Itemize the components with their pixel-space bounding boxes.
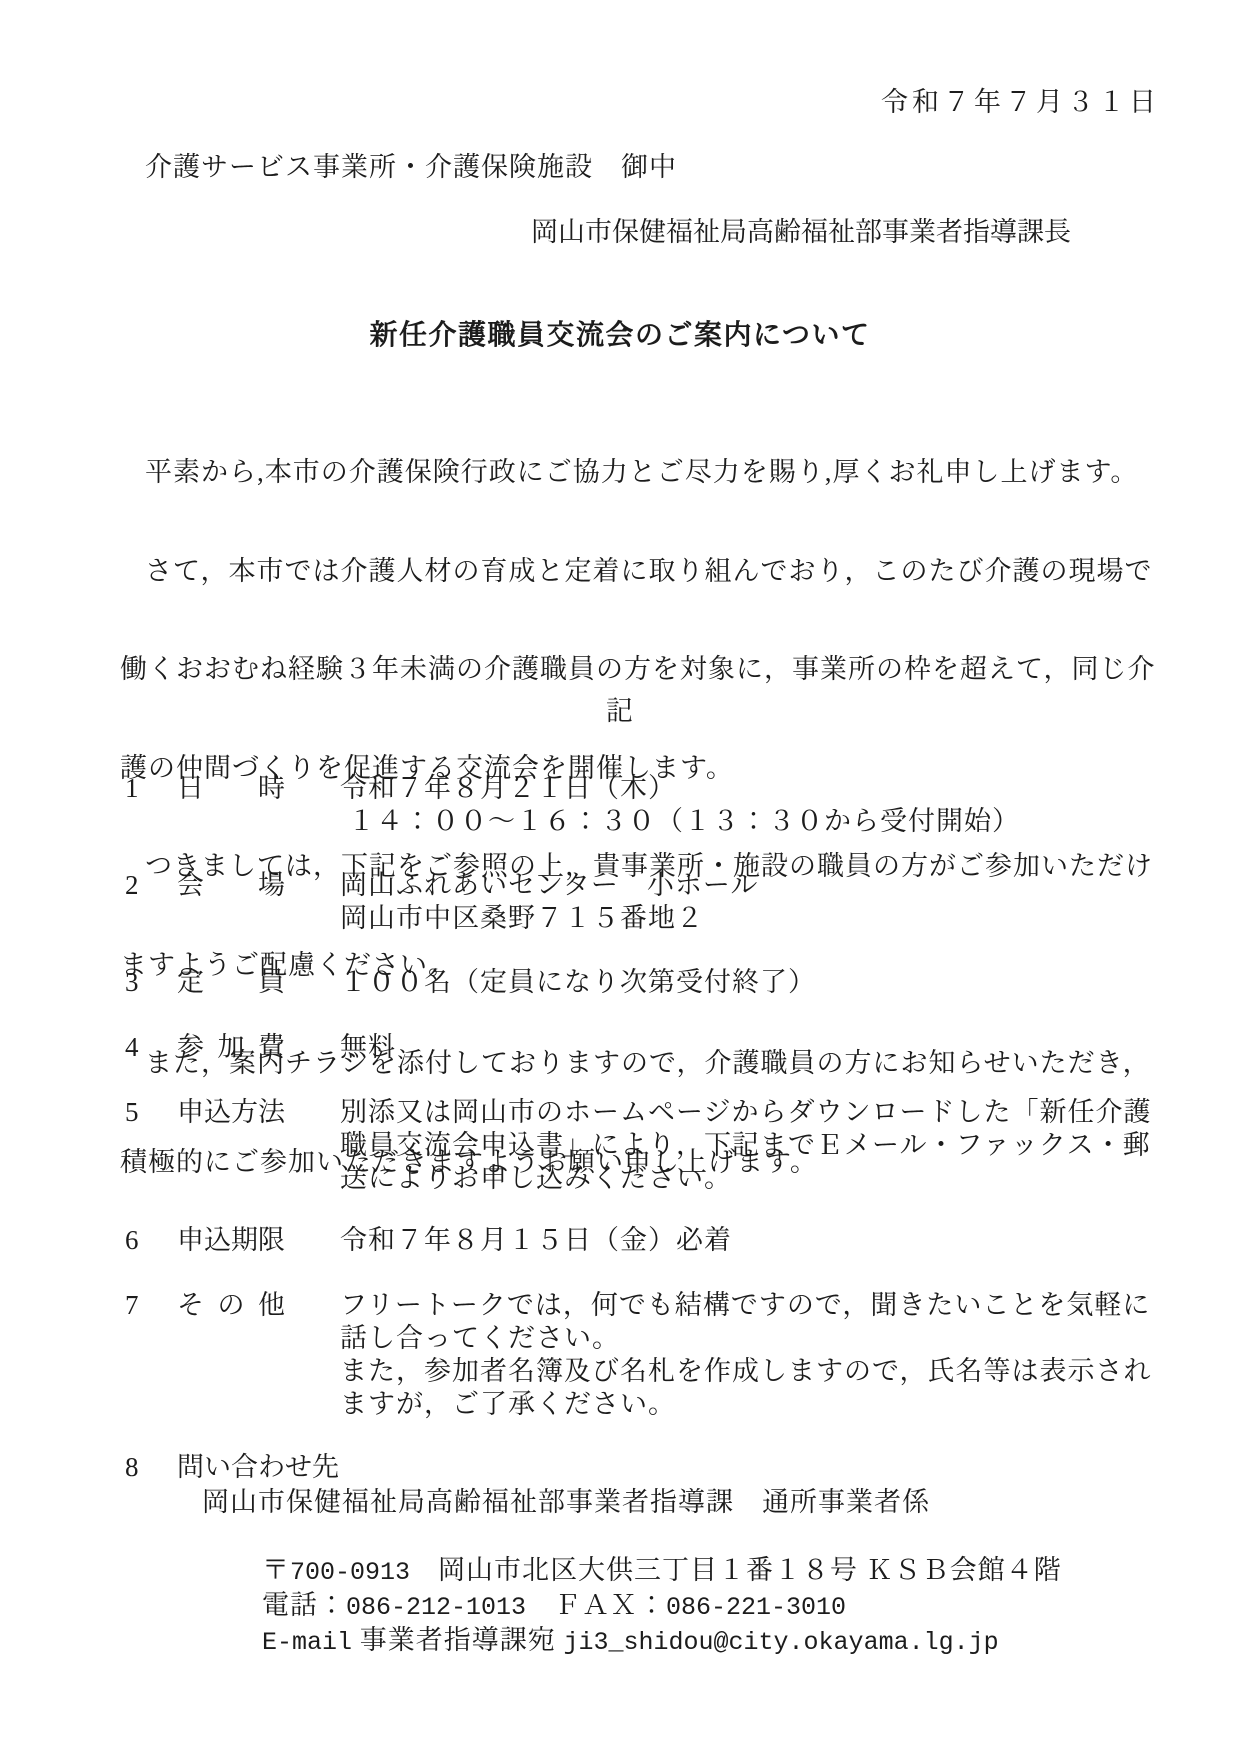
item-value: １００名（定員になり次第受付終了） xyxy=(340,966,816,999)
item-contact: 8 問い合わせ先 xyxy=(125,1451,339,1484)
item-application-line2: 職員交流会申込書」により，下記までＥメール・ファックス・郵 xyxy=(340,1129,1151,1162)
document-title: 新任介護職員交流会のご案内について xyxy=(120,319,1120,352)
item-other-line3: また，参加者名簿及び名札を作成しますので，氏名等は表示され xyxy=(340,1355,1151,1388)
body-line: さて，本市では介護人材の育成と定着に取り組んでおり，このたび介護の現場で xyxy=(120,555,1124,588)
item-number: 7 xyxy=(125,1289,177,1322)
item-number: 1 xyxy=(125,772,177,805)
item-number: 3 xyxy=(125,966,177,999)
item-label: 参加費 xyxy=(177,1031,285,1064)
item-value: 別添又は岡山市のホームページからダウンロードした「新任介護 xyxy=(340,1096,1151,1129)
item-value: 令和７年８月１５日（金）必着 xyxy=(340,1224,732,1257)
item-datetime-line2: １４：００～１６：３０（１３：３０から受付開始） xyxy=(348,805,1020,838)
body-line: 働くおおむね経験３年未満の介護職員の方を対象に，事業所の枠を超えて，同じ介 xyxy=(120,653,1124,686)
item-capacity: 3 定員 １００名（定員になり次第受付終了） xyxy=(125,966,816,999)
item-number: 6 xyxy=(125,1224,177,1257)
item-value: 無料 xyxy=(340,1031,396,1064)
item-number: 2 xyxy=(125,869,177,902)
contact-email-line: E-mail 事業者指導課宛 ji3_shidou@city.okayama.l… xyxy=(231,1591,999,1692)
item-other: 7 その他 フリートークでは，何でも結構ですので，聞きたいことを気軽に xyxy=(125,1289,1150,1322)
item-value: 岡山ふれあいセンター 小ホール xyxy=(340,869,758,902)
body-line: 平素から,本市の介護保険行政にご協力とご尽力を賜り,厚くお礼申し上げます。 xyxy=(120,456,1124,489)
document-date: 令和７年７月３１日 xyxy=(881,86,1160,119)
item-other-line4: ますが，ご了承ください。 xyxy=(340,1388,676,1421)
item-label: その他 xyxy=(177,1289,285,1322)
item-label: 申込期限 xyxy=(177,1224,285,1257)
document-page: 令和７年７月３１日 介護サービス事業所・介護保険施設 御中 岡山市保健福祉局高齢… xyxy=(0,0,1240,1755)
item-label: 問い合わせ先 xyxy=(177,1451,339,1484)
item-application-line3: 送によりお申し込みください。 xyxy=(340,1162,732,1195)
contact-department: 岡山市保健福祉局高齢福祉部事業者指導課 通所事業者係 xyxy=(202,1486,930,1519)
item-value: フリートークでは，何でも結構ですので，聞きたいことを気軽に xyxy=(340,1289,1150,1322)
item-number: 5 xyxy=(125,1096,177,1129)
item-deadline: 6 申込期限 令和７年８月１５日（金）必着 xyxy=(125,1224,732,1257)
email-recipient: 事業者指導課宛 xyxy=(352,1625,564,1655)
item-other-line2: 話し合ってください。 xyxy=(340,1322,620,1355)
item-fee: 4 参加費 無料 xyxy=(125,1031,396,1064)
item-label: 日時 xyxy=(177,772,285,805)
email-label: E-mail xyxy=(262,1628,352,1657)
item-label: 定員 xyxy=(177,966,285,999)
item-number: 8 xyxy=(125,1451,177,1484)
item-label: 会場 xyxy=(177,869,285,902)
item-label: 申込方法 xyxy=(177,1096,285,1129)
notation-ki: 記 xyxy=(120,695,1120,728)
item-venue: 2 会場 岡山ふれあいセンター 小ホール xyxy=(125,869,758,902)
item-value: 令和７年８月２１日（木） xyxy=(340,772,676,805)
item-number: 4 xyxy=(125,1031,177,1064)
email-address: ji3_shidou@city.okayama.lg.jp xyxy=(564,1628,999,1657)
addressee-line: 介護サービス事業所・介護保険施設 御中 xyxy=(145,151,677,184)
item-venue-address: 岡山市中区桑野７１５番地２ xyxy=(340,902,704,935)
item-application-method: 5 申込方法 別添又は岡山市のホームページからダウンロードした「新任介護 xyxy=(125,1096,1151,1129)
sender-line: 岡山市保健福祉局高齢福祉部事業者指導課長 xyxy=(531,216,1071,249)
item-datetime: 1 日時 令和７年８月２１日（木） xyxy=(125,772,676,805)
